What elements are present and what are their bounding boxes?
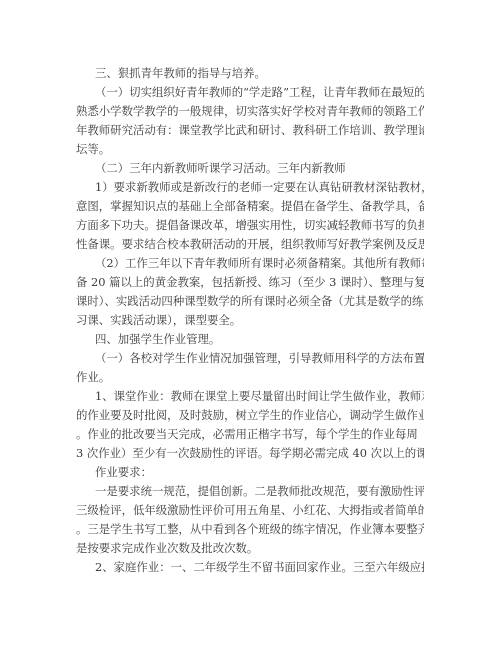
text-line: 作业。 xyxy=(76,368,424,387)
text-line: 熟悉小学数学教学的一般规律，切实落实好学校对青年教师的领路工作。组织青 xyxy=(76,102,424,121)
document-page: 三、狠抓青年教师的指导与培养。（一）切实组织好青年教师的“学走路”工程，让青年教… xyxy=(0,0,500,647)
text-line: 一是要求统一规范，提倡创新。二是教师批改规范，要有激励性评语，用好 xyxy=(95,482,424,501)
text-line: 方面多下功夫。提倡备课改革，增强实用性，切实减轻教师书写的负担。提倡个 xyxy=(76,216,424,235)
text-line: 2、家庭作业：一、二年级学生不留书面回家作业。三至六年级应按规定布置 xyxy=(95,558,424,577)
text-line: 性备课。要求结合校本教研活动的开展，组织教师写好教学案例及反思。 xyxy=(76,235,424,254)
text-line: 。作业的批改要当天完成，必需用正楷字书写，每个学生的作业每周（每周至少 xyxy=(76,425,424,444)
text-line: 课时）、实践活动四种课型数学的所有课时必须全备（尤其是数学的练习课、复 xyxy=(76,292,424,311)
text-line: 三级检评，低年级激励性评价可用五角星、小红花、大拇指或者简单的语言评价 xyxy=(76,501,424,520)
text-line: （一）各校对学生作业情况加强管理，引导教师用科学的方法布置学生完成 xyxy=(95,349,424,368)
text-line: 意图，掌握知识点的基础上全部备精案。提倡在备学生、备教学具，备数学活动 xyxy=(76,197,424,216)
text-line: （一）切实组织好青年教师的“学走路”工程，让青年教师在最短的时间内 xyxy=(95,83,424,102)
text-line: （2）工作三年以下青年教师所有课时必须备精案。其他所有教师每学期至少 xyxy=(95,254,424,273)
text-line: 的作业要及时批阅，及时鼓励，树立学生的作业信心，调动学生做作业的积极性 xyxy=(76,406,424,425)
text-line: 1、课堂作业：教师在课堂上要尽量留出时间让学生做作业，教师对部分学生 xyxy=(95,387,424,406)
text-line: 三、狠抓青年教师的指导与培养。 xyxy=(95,64,424,83)
text-line: 作业要求： xyxy=(95,463,424,482)
text-line: 1）要求新教师或是新改行的老师一定要在认真钻研教材深钻教材，吃透编写 xyxy=(95,178,424,197)
text-line: 。三是学生书写工整，从中看到各个班级的练字情况，作业簿本要整齐整洁。四 xyxy=(76,520,424,539)
text-line: （二）三年内新教师听课学习活动。三年内新教师 xyxy=(95,159,424,178)
text-line: 四、加强学生作业管理。 xyxy=(95,330,424,349)
text-line: 坛等。 xyxy=(76,140,424,159)
text-line: 3 次作业）至少有一次鼓励性的评语。每学期必需完成 40 次以上的课堂作业。 xyxy=(76,444,424,463)
text-line: 备 20 篇以上的黄金教案，包括新授、练习（至少 3 课时）、整理与复习（至少 … xyxy=(76,273,424,292)
text-line: 是按要求完成作业次数及批改次数。 xyxy=(76,539,424,558)
text-line: 年教师研究活动有：课堂教学比武和研讨、教科研工作培训、教学理论与实践论 xyxy=(76,121,424,140)
text-line: 习课、实践活动课），课型要全。 xyxy=(76,311,424,330)
